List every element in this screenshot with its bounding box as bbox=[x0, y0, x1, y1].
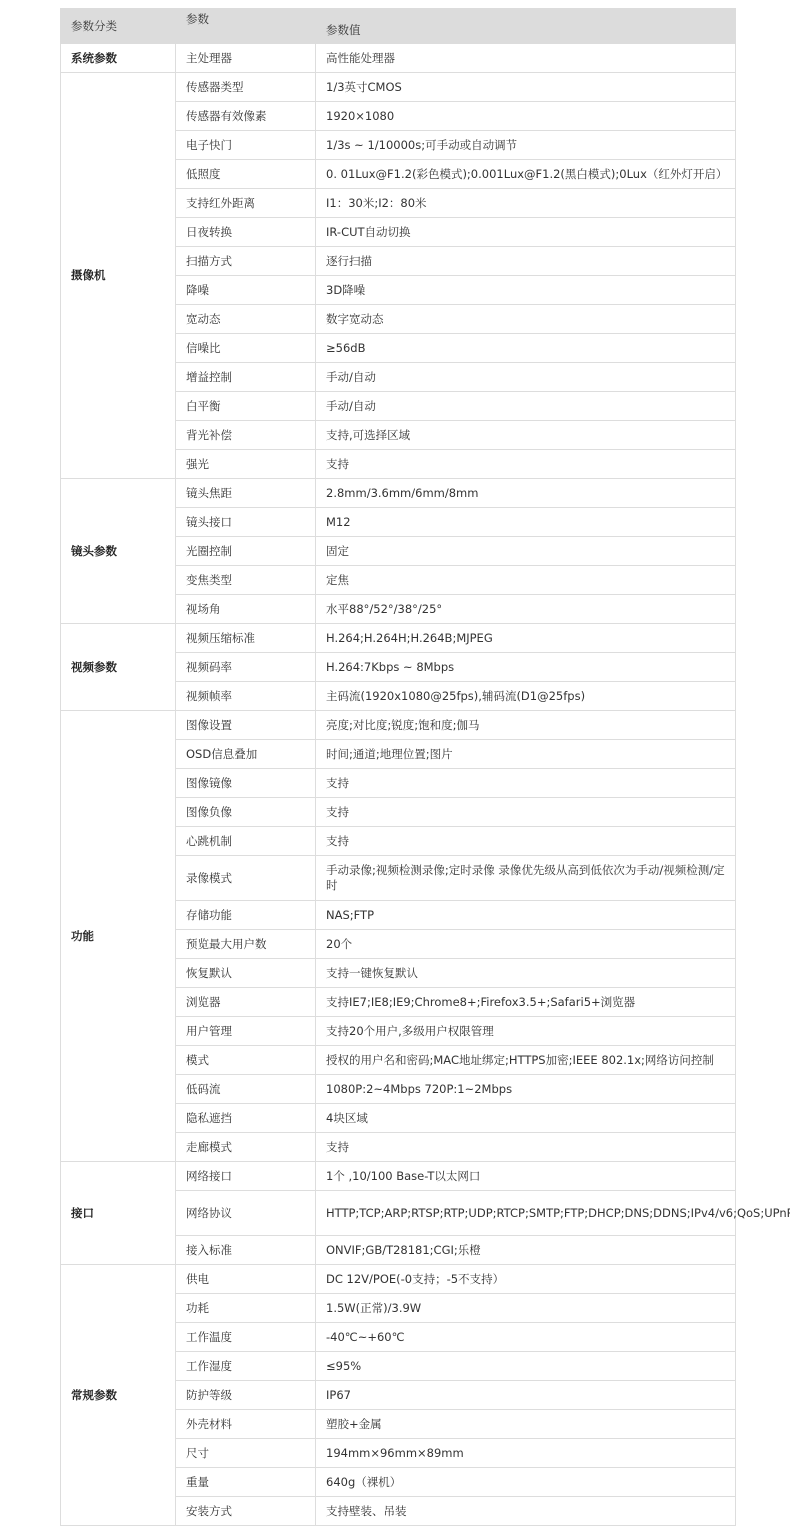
value-cell: 支持 bbox=[316, 1133, 736, 1162]
value-cell: 数字宽动态 bbox=[316, 305, 736, 334]
param-cell: 支持红外距离 bbox=[176, 189, 316, 218]
value-cell: 手动/自动 bbox=[316, 392, 736, 421]
value-cell: 支持 bbox=[316, 827, 736, 856]
param-cell: 供电 bbox=[176, 1265, 316, 1294]
param-cell: 主处理器 bbox=[176, 44, 316, 73]
param-cell: 低码流 bbox=[176, 1075, 316, 1104]
value-cell: 塑胶+金属 bbox=[316, 1410, 736, 1439]
param-cell: 安装方式 bbox=[176, 1497, 316, 1526]
param-cell: 视频压缩标准 bbox=[176, 624, 316, 653]
param-cell: 镜头接口 bbox=[176, 508, 316, 537]
param-cell: 走廊模式 bbox=[176, 1133, 316, 1162]
value-cell: 3D降噪 bbox=[316, 276, 736, 305]
param-cell: 工作湿度 bbox=[176, 1352, 316, 1381]
category-cell: 镜头参数 bbox=[61, 479, 176, 624]
value-cell: 支持壁装、吊装 bbox=[316, 1497, 736, 1526]
value-cell: DC 12V/POE(-0支持；-5不支持） bbox=[316, 1265, 736, 1294]
param-cell: OSD信息叠加 bbox=[176, 740, 316, 769]
category-cell: 系统参数 bbox=[61, 44, 176, 73]
value-cell: 1080P:2~4Mbps 720P:1~2Mbps bbox=[316, 1075, 736, 1104]
value-cell: 1/3s ~ 1/10000s;可手动或自动调节 bbox=[316, 131, 736, 160]
table-row: 常规参数供电DC 12V/POE(-0支持；-5不支持） bbox=[61, 1265, 736, 1294]
param-cell: 重量 bbox=[176, 1468, 316, 1497]
value-cell: 4块区域 bbox=[316, 1104, 736, 1133]
param-cell: 视场角 bbox=[176, 595, 316, 624]
header-value: 参数值 bbox=[316, 9, 736, 44]
param-cell: 镜头焦距 bbox=[176, 479, 316, 508]
value-cell: 高性能处理器 bbox=[316, 44, 736, 73]
value-cell: ≥56dB bbox=[316, 334, 736, 363]
value-cell: 1/3英寸CMOS bbox=[316, 73, 736, 102]
value-cell: 支持20个用户,多级用户权限管理 bbox=[316, 1017, 736, 1046]
value-cell: 手动录像;视频检测录像;定时录像 录像优先级从高到低依次为手动/视频检测/定时 bbox=[316, 856, 736, 901]
param-cell: 图像设置 bbox=[176, 711, 316, 740]
param-cell: 电子快门 bbox=[176, 131, 316, 160]
param-cell: 录像模式 bbox=[176, 856, 316, 901]
table-row: 视频参数视频压缩标准H.264;H.264H;H.264B;MJPEG bbox=[61, 624, 736, 653]
value-cell: 1920×1080 bbox=[316, 102, 736, 131]
value-cell: -40℃~+60℃ bbox=[316, 1323, 736, 1352]
param-cell: 日夜转换 bbox=[176, 218, 316, 247]
value-cell: 0. 01Lux@F1.2(彩色模式);0.001Lux@F1.2(黑白模式);… bbox=[316, 160, 736, 189]
value-cell: 定焦 bbox=[316, 566, 736, 595]
param-cell: 心跳机制 bbox=[176, 827, 316, 856]
value-cell: 20个 bbox=[316, 930, 736, 959]
table-row: 摄像机传感器类型1/3英寸CMOS bbox=[61, 73, 736, 102]
param-cell: 背光补偿 bbox=[176, 421, 316, 450]
header-category: 参数分类 bbox=[61, 9, 176, 44]
category-cell: 接口 bbox=[61, 1162, 176, 1265]
param-cell: 网络协议 bbox=[176, 1191, 316, 1236]
table-row: 功能图像设置亮度;对比度;锐度;饱和度;伽马 bbox=[61, 711, 736, 740]
value-cell: 1个 ,10/100 Base-T以太网口 bbox=[316, 1162, 736, 1191]
value-cell: 逐行扫描 bbox=[316, 247, 736, 276]
param-cell: 网络接口 bbox=[176, 1162, 316, 1191]
value-cell: M12 bbox=[316, 508, 736, 537]
value-cell: 1.5W(正常)/3.9W bbox=[316, 1294, 736, 1323]
param-cell: 变焦类型 bbox=[176, 566, 316, 595]
value-cell: 194mm×96mm×89mm bbox=[316, 1439, 736, 1468]
param-cell: 强光 bbox=[176, 450, 316, 479]
param-cell: 图像负像 bbox=[176, 798, 316, 827]
param-cell: 白平衡 bbox=[176, 392, 316, 421]
value-cell: 亮度;对比度;锐度;饱和度;伽马 bbox=[316, 711, 736, 740]
param-cell: 恢复默认 bbox=[176, 959, 316, 988]
value-cell: ONVIF;GB/T28181;CGI;乐橙 bbox=[316, 1236, 736, 1265]
param-cell: 低照度 bbox=[176, 160, 316, 189]
param-cell: 预览最大用户数 bbox=[176, 930, 316, 959]
param-cell: 视频码率 bbox=[176, 653, 316, 682]
param-cell: 增益控制 bbox=[176, 363, 316, 392]
value-cell: HTTP;TCP;ARP;RTSP;RTP;UDP;RTCP;SMTP;FTP;… bbox=[316, 1191, 736, 1236]
value-cell: 640g（裸机） bbox=[316, 1468, 736, 1497]
param-cell: 光圈控制 bbox=[176, 537, 316, 566]
value-cell: 主码流(1920x1080@25fps),辅码流(D1@25fps) bbox=[316, 682, 736, 711]
param-cell: 工作温度 bbox=[176, 1323, 316, 1352]
value-cell: 支持IE7;IE8;IE9;Chrome8+;Firefox3.5+;Safar… bbox=[316, 988, 736, 1017]
param-cell: 降噪 bbox=[176, 276, 316, 305]
param-cell: 视频帧率 bbox=[176, 682, 316, 711]
table-row: 接口网络接口1个 ,10/100 Base-T以太网口 bbox=[61, 1162, 736, 1191]
value-cell: IP67 bbox=[316, 1381, 736, 1410]
value-cell: H.264:7Kbps ~ 8Mbps bbox=[316, 653, 736, 682]
param-cell: 尺寸 bbox=[176, 1439, 316, 1468]
value-cell: ≤95% bbox=[316, 1352, 736, 1381]
category-cell: 功能 bbox=[61, 711, 176, 1162]
param-cell: 功耗 bbox=[176, 1294, 316, 1323]
spec-table: 参数分类 参数 参数值 系统参数主处理器高性能处理器摄像机传感器类型1/3英寸C… bbox=[60, 8, 736, 1526]
param-cell: 外壳材料 bbox=[176, 1410, 316, 1439]
param-cell: 用户管理 bbox=[176, 1017, 316, 1046]
category-cell: 视频参数 bbox=[61, 624, 176, 711]
value-cell: 支持一键恢复默认 bbox=[316, 959, 736, 988]
value-cell: I1：30米;I2：80米 bbox=[316, 189, 736, 218]
param-cell: 模式 bbox=[176, 1046, 316, 1075]
param-cell: 信噪比 bbox=[176, 334, 316, 363]
param-cell: 宽动态 bbox=[176, 305, 316, 334]
header-param: 参数 bbox=[176, 9, 316, 44]
param-cell: 防护等级 bbox=[176, 1381, 316, 1410]
value-cell: 水平88°/52°/38°/25° bbox=[316, 595, 736, 624]
table-row: 镜头参数镜头焦距2.8mm/3.6mm/6mm/8mm bbox=[61, 479, 736, 508]
value-cell: 支持 bbox=[316, 798, 736, 827]
category-cell: 常规参数 bbox=[61, 1265, 176, 1526]
value-cell: H.264;H.264H;H.264B;MJPEG bbox=[316, 624, 736, 653]
param-cell: 接入标准 bbox=[176, 1236, 316, 1265]
value-cell: 支持,可选择区域 bbox=[316, 421, 736, 450]
value-cell: 授权的用户名和密码;MAC地址绑定;HTTPS加密;IEEE 802.1x;网络… bbox=[316, 1046, 736, 1075]
param-cell: 传感器类型 bbox=[176, 73, 316, 102]
value-cell: NAS;FTP bbox=[316, 901, 736, 930]
value-cell: IR-CUT自动切换 bbox=[316, 218, 736, 247]
value-cell: 手动/自动 bbox=[316, 363, 736, 392]
category-cell: 摄像机 bbox=[61, 73, 176, 479]
table-body: 系统参数主处理器高性能处理器摄像机传感器类型1/3英寸CMOS传感器有效像素19… bbox=[61, 44, 736, 1526]
table-row: 系统参数主处理器高性能处理器 bbox=[61, 44, 736, 73]
value-cell: 支持 bbox=[316, 450, 736, 479]
value-cell: 2.8mm/3.6mm/6mm/8mm bbox=[316, 479, 736, 508]
param-cell: 图像镜像 bbox=[176, 769, 316, 798]
value-cell: 支持 bbox=[316, 769, 736, 798]
param-cell: 隐私遮挡 bbox=[176, 1104, 316, 1133]
param-cell: 存储功能 bbox=[176, 901, 316, 930]
value-cell: 时间;通道;地理位置;图片 bbox=[316, 740, 736, 769]
param-cell: 扫描方式 bbox=[176, 247, 316, 276]
value-cell: 固定 bbox=[316, 537, 736, 566]
param-cell: 传感器有效像素 bbox=[176, 102, 316, 131]
table-header-row: 参数分类 参数 参数值 bbox=[61, 9, 736, 44]
param-cell: 浏览器 bbox=[176, 988, 316, 1017]
